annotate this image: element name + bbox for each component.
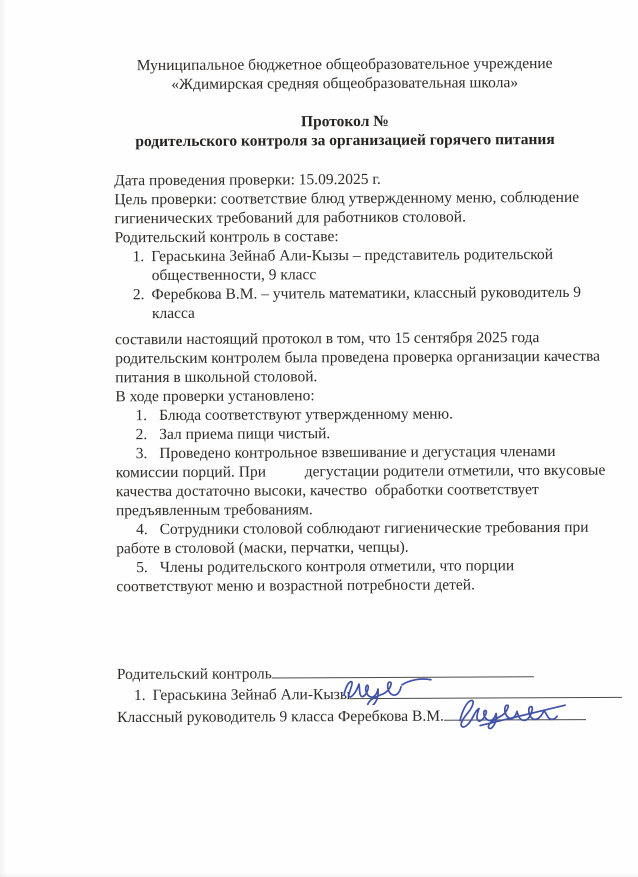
list-number: 2. bbox=[133, 286, 145, 303]
committee-member-2: 2.Феребкова В.М. – учитель математики, к… bbox=[115, 283, 605, 324]
signature-block: Родительский контроль 1.Гераськина Зейна… bbox=[117, 662, 629, 729]
signature-row-geraskina: 1.Гераськина Зейнаб Али-Кызы bbox=[117, 683, 629, 707]
committee-intro-line: Родительский контроль в составе: bbox=[114, 226, 604, 248]
inspection-meta: Дата проведения проверки: 15.09.2025 г. … bbox=[114, 169, 605, 324]
organization-header: Муниципальное бюджетное общеобразователь… bbox=[86, 54, 604, 95]
inspection-date-line: Дата проведения проверки: 15.09.2025 г. bbox=[114, 169, 604, 191]
committee-member-text: Феребкова В.М. – учитель математики, кла… bbox=[151, 284, 581, 322]
inspection-purpose-line: Цель проверки: соответствие блюд утвержд… bbox=[114, 188, 604, 229]
organization-name-line2: «Ждимирская средняя общеобразовательная … bbox=[86, 73, 604, 95]
signature-row-label: Классный руководитель 9 класса Феребкова… bbox=[117, 708, 444, 726]
finding-item-4: 4.Сотрудники столовой соблюдают гигиенич… bbox=[116, 518, 606, 559]
document-content: Муниципальное бюджетное общеобразователь… bbox=[114, 54, 607, 597]
list-number: 1. bbox=[135, 407, 147, 424]
findings-intro-line: В ходе проверки установлено: bbox=[115, 385, 605, 407]
finding-item-5: 5.Члены родительского контроля отметили,… bbox=[116, 556, 606, 597]
scan-edge-shadow-bottom bbox=[0, 872, 638, 877]
list-number: 3. bbox=[136, 445, 148, 462]
committee-member-text: Гераськина Зейнаб Али-Кызы – представите… bbox=[151, 246, 553, 284]
signature-row-ferebkova: Классный руководитель 9 класса Феребкова… bbox=[117, 705, 629, 729]
document-title: Протокол № родительского контроля за орг… bbox=[86, 111, 604, 152]
protocol-statement-paragraph: составили настоящий протокол в том, что … bbox=[115, 328, 605, 388]
signature-row-label: Родительский контроль bbox=[117, 665, 272, 683]
scan-edge-shadow-left bbox=[0, 0, 7, 877]
signature-line bbox=[350, 683, 622, 699]
finding-item-2: 2.Зал приема пищи чистый. bbox=[116, 423, 606, 445]
committee-member-1: 1.Гераськина Зейнаб Али-Кызы – представи… bbox=[115, 245, 605, 286]
signature-row-label: Гераськина Зейнаб Али-Кызы bbox=[153, 686, 351, 704]
list-number: 1. bbox=[133, 248, 145, 265]
organization-name-line1: Муниципальное бюджетное общеобразователь… bbox=[86, 54, 604, 76]
title-subject: родительского контроля за организацией г… bbox=[86, 130, 604, 152]
signature-line bbox=[272, 662, 534, 678]
scanned-protocol-document: Муниципальное бюджетное общеобразователь… bbox=[0, 0, 638, 877]
finding-text: Блюда соответствуют утвержденному меню. bbox=[159, 406, 453, 425]
finding-text: Зал приема пищи чистый. bbox=[159, 425, 330, 443]
signature-line bbox=[444, 705, 586, 721]
list-number: 1. bbox=[134, 687, 146, 704]
finding-text: Проведено контрольное взвешивание и дегу… bbox=[116, 443, 610, 519]
finding-item-1: 1.Блюда соответствуют утвержденному меню… bbox=[115, 404, 605, 426]
finding-text: Сотрудники столовой соблюдают гигиеничес… bbox=[116, 519, 592, 557]
list-number: 4. bbox=[136, 521, 148, 538]
finding-item-3: 3.Проведено контрольное взвешивание и де… bbox=[116, 442, 606, 521]
signature-row-parent-control: Родительский контроль bbox=[117, 662, 629, 686]
list-number: 5. bbox=[136, 559, 148, 576]
list-number: 2. bbox=[136, 426, 148, 443]
finding-text: Члены родительского контроля отметили, ч… bbox=[116, 557, 518, 595]
